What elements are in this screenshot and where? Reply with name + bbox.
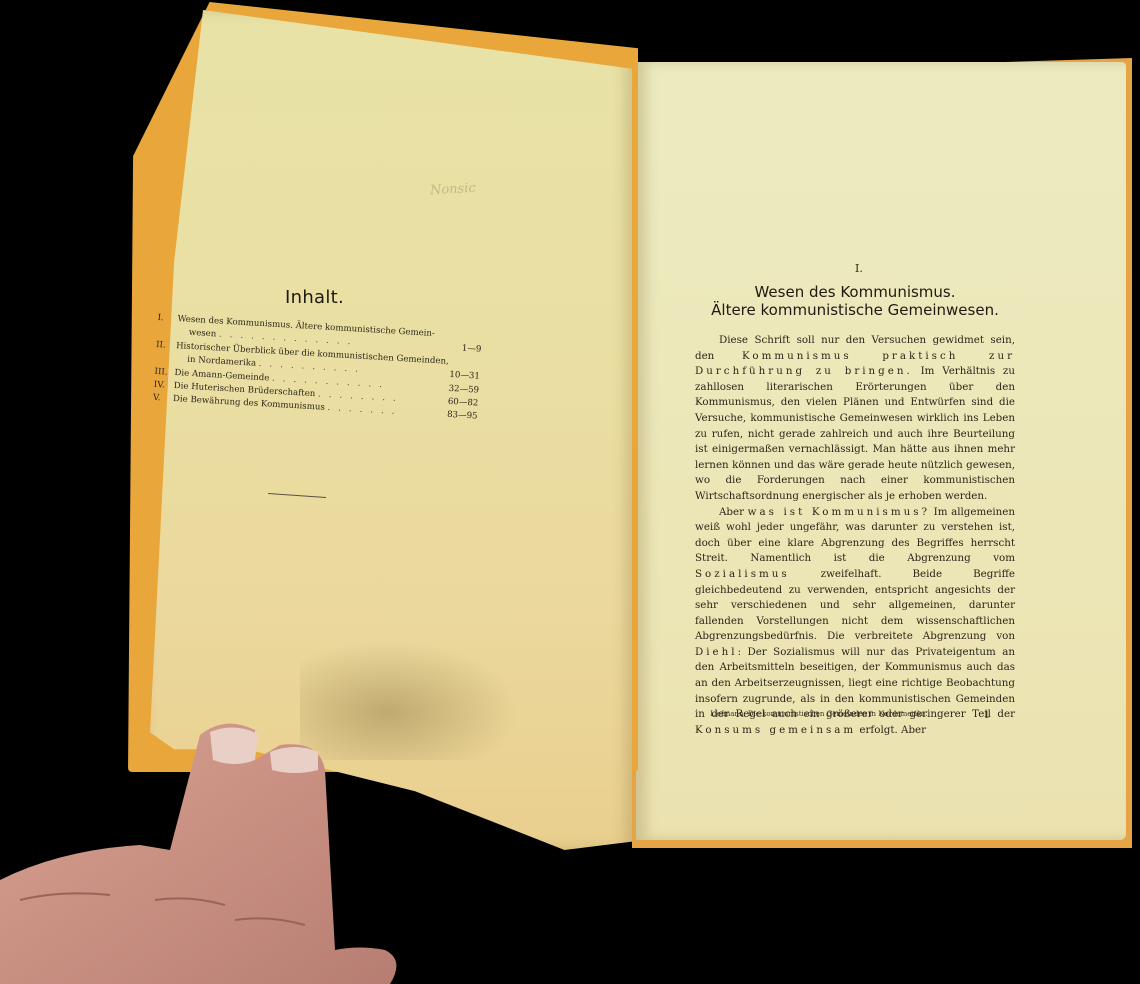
paragraph: Diese Schrift soll nur den Versuchen gew… [695,333,1015,505]
toc-entry-number: III. [154,366,175,381]
emphasized-text: Sozialismus [695,568,790,580]
emphasized-text: was ist Kommunismus? [748,506,930,518]
leader-dots: ....... [327,403,403,417]
pencil-note: Nonsic [430,181,476,198]
chapter-title-line1: Wesen des Kommunismus. [690,283,1020,301]
book-photo: Nonsic Inhalt. I. Wesen des Kommunismus.… [0,0,1140,984]
toc-entry-number: II. [156,339,177,354]
text-run: Aber [719,506,748,518]
emphasized-text: Konsums gemeinsam [695,724,856,736]
text-run: erfolgt. Aber [856,724,926,736]
chapter-number: I. [855,262,863,275]
emphasized-text: Diehl [695,646,738,658]
page-footer: Liefmann, Die kommunistischen Gemeinden … [710,710,1010,721]
chapter-body: Diese Schrift soll nur den Versuchen gew… [695,333,1015,738]
sheet-number: 1 [984,710,990,721]
paragraph: Aber was ist Kommunismus? Im allgemeinen… [695,505,1015,739]
table-of-contents: I. Wesen des Kommunismus. Ältere kommuni… [153,312,483,424]
toc-entry-title-cont: wesen [189,328,217,340]
text-run: Im Verhältnis zu zahllosen literarischen… [695,365,1015,502]
chapter-title: Wesen des Kommunismus. Ältere kommunisti… [690,283,1020,319]
toc-entry-number: V. [153,392,174,407]
chapter-title-line2: Ältere kommunistische Gemeinwesen. [690,301,1020,319]
toc-entry-number: IV. [153,379,174,394]
hand-image [0,700,420,984]
toc-entry-pages: 83—95 [437,409,478,425]
footer-signature: Liefmann, Die kommunistischen Gemeinden … [710,710,928,721]
toc-title: Inhalt. [285,287,344,308]
toc-entry-number: I. [157,312,178,327]
toc-entry-title-cont: in Nordamerika [187,355,256,369]
